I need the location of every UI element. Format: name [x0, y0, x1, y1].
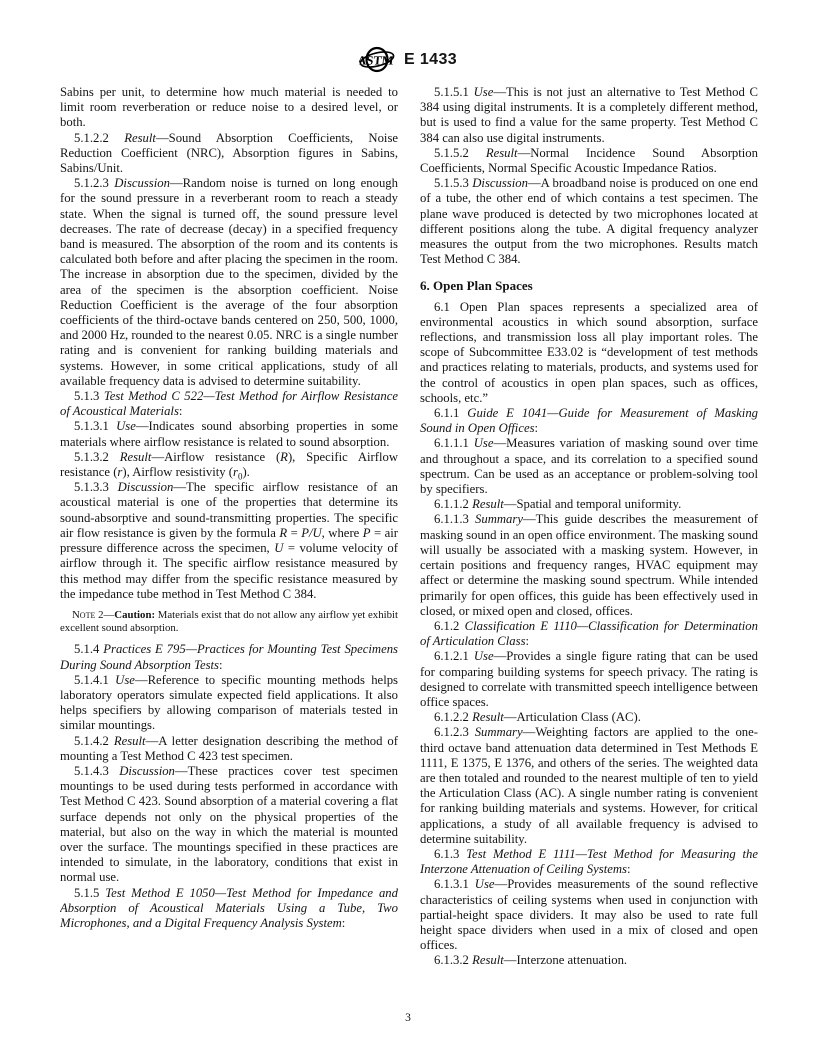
- svg-text:ASTM: ASTM: [359, 54, 394, 68]
- paragraph: 6.1.2.2 Result—Articulation Class (AC).: [420, 710, 758, 725]
- paragraph: 5.1.3 Test Method C 522—Test Method for …: [60, 389, 398, 419]
- paragraph: 5.1.5.2 Result—Normal Incidence Sound Ab…: [420, 146, 758, 176]
- paragraph: 5.1.4 Practices E 795—Practices for Moun…: [60, 642, 398, 672]
- page-header: ASTM E 1433: [0, 46, 816, 73]
- paragraph: 5.1.4.1 Use—Reference to specific mounti…: [60, 673, 398, 734]
- document-body: Sabins per unit, to determine how much m…: [60, 85, 758, 1015]
- paragraph: 6.1.1.3 Summary—This guide describes the…: [420, 512, 758, 618]
- paragraph: 6.1.2 Classification E 1110—Classificati…: [420, 619, 758, 649]
- paragraph: 5.1.5.3 Discussion—A broadband noise is …: [420, 176, 758, 267]
- paragraph: 6.1 Open Plan spaces represents a specia…: [420, 300, 758, 406]
- paragraph: 5.1.3.3 Discussion—The specific airflow …: [60, 480, 398, 602]
- paragraph: 5.1.2.2 Result—Sound Absorption Coeffici…: [60, 131, 398, 177]
- doc-number: E 1433: [404, 51, 457, 69]
- paragraph: 6.1.1 Guide E 1041—Guide for Measurement…: [420, 406, 758, 436]
- right-column: 5.1.5.1 Use—This is not just an alternat…: [420, 85, 758, 1015]
- paragraph: 6.1.3.2 Result—Interzone attenuation.: [420, 953, 758, 968]
- left-column: Sabins per unit, to determine how much m…: [60, 85, 398, 1015]
- paragraph: 5.1.4.2 Result—A letter designation desc…: [60, 734, 398, 764]
- paragraph: 5.1.2.3 Discussion—Random noise is turne…: [60, 176, 398, 389]
- paragraph: Sabins per unit, to determine how much m…: [60, 85, 398, 131]
- paragraph: 6.1.2.1 Use—Provides a single figure rat…: [420, 649, 758, 710]
- paragraph: 5.1.3.1 Use—Indicates sound absorbing pr…: [60, 419, 398, 449]
- paragraph: 6.1.3 Test Method E 1111—Test Method for…: [420, 847, 758, 877]
- section-heading: 6. Open Plan Spaces: [420, 278, 758, 293]
- astm-logo-icon: ASTM: [359, 46, 395, 73]
- page-footer: 3: [0, 1012, 816, 1024]
- paragraph: 6.1.2.3 Summary—Weighting factors are ap…: [420, 725, 758, 847]
- paragraph: 5.1.5.1 Use—This is not just an alternat…: [420, 85, 758, 146]
- paragraph: 6.1.1.1 Use—Measures variation of maskin…: [420, 436, 758, 497]
- paragraph: 5.1.3.2 Result—Airflow resistance (R), S…: [60, 450, 398, 480]
- document-page: ASTM E 1433 Sabins per unit, to determin…: [0, 0, 816, 1056]
- paragraph: 6.1.1.2 Result—Spatial and temporal unif…: [420, 497, 758, 512]
- paragraph: 6.1.3.1 Use—Provides measurements of the…: [420, 877, 758, 953]
- page-number: 3: [405, 1012, 411, 1024]
- paragraph: 5.1.5 Test Method E 1050—Test Method for…: [60, 886, 398, 932]
- paragraph: 5.1.4.3 Discussion—These practices cover…: [60, 764, 398, 886]
- paragraph: Note 2—Caution: Materials exist that do …: [60, 609, 398, 635]
